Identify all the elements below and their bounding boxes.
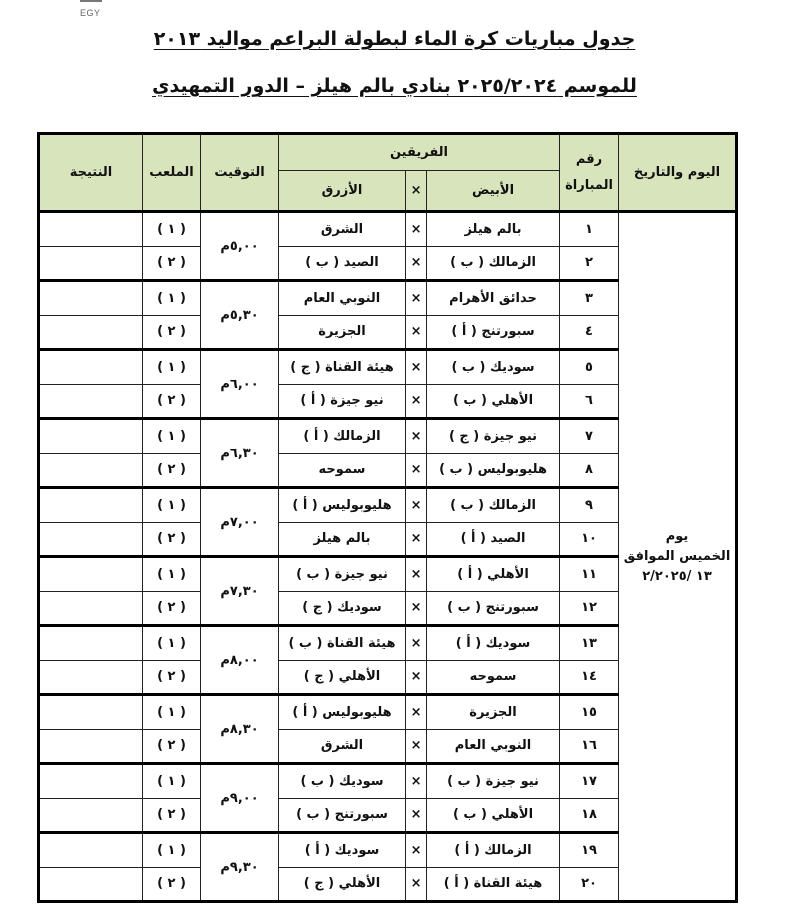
result-cell bbox=[39, 557, 143, 592]
vs-mark: × bbox=[406, 626, 427, 661]
blue-team: الصيد ( ب ) bbox=[279, 246, 406, 281]
egy-logo: EGY bbox=[80, 8, 101, 18]
field-number: ( ٢ ) bbox=[143, 315, 201, 350]
result-cell bbox=[39, 384, 143, 419]
vs-mark: × bbox=[406, 764, 427, 799]
field-number: ( ٢ ) bbox=[143, 798, 201, 833]
match-number: ١٨ bbox=[560, 798, 619, 833]
match-number: ٥ bbox=[560, 350, 619, 385]
result-cell bbox=[39, 729, 143, 764]
blue-team: نيو جيزة ( ب ) bbox=[279, 557, 406, 592]
field-number: ( ٢ ) bbox=[143, 867, 201, 902]
match-number: ٣ bbox=[560, 281, 619, 316]
result-cell bbox=[39, 695, 143, 730]
page-title: جدول مباريات كرة الماء لبطولة البراعم مو… bbox=[0, 28, 789, 50]
white-team: سبورتنج ( ب ) bbox=[427, 591, 560, 626]
white-team: سوديك ( ب ) bbox=[427, 350, 560, 385]
white-team: النوبي العام bbox=[427, 729, 560, 764]
vs-mark: × bbox=[406, 453, 427, 488]
field-number: ( ٢ ) bbox=[143, 453, 201, 488]
date-line2: الخميس الموافق bbox=[619, 547, 735, 567]
match-time: ٦,٠٠م bbox=[201, 350, 279, 419]
blue-team: سوديك ( أ ) bbox=[279, 833, 406, 868]
field-number: ( ١ ) bbox=[143, 626, 201, 661]
header-time: التوقيت bbox=[201, 134, 279, 212]
result-cell bbox=[39, 212, 143, 247]
header-result: النتيجة bbox=[39, 134, 143, 212]
field-number: ( ١ ) bbox=[143, 212, 201, 247]
vs-mark: × bbox=[406, 660, 427, 695]
field-number: ( ١ ) bbox=[143, 764, 201, 799]
field-number: ( ٢ ) bbox=[143, 522, 201, 557]
match-number: ١٧ bbox=[560, 764, 619, 799]
match-number: ٦ bbox=[560, 384, 619, 419]
blue-team: سوديك ( ج ) bbox=[279, 591, 406, 626]
result-cell bbox=[39, 591, 143, 626]
page-subtitle: للموسم ٢٠٢٥/٢٠٢٤ بنادي بالم هيلز – الدور… bbox=[0, 75, 789, 97]
match-number: ١٥ bbox=[560, 695, 619, 730]
field-number: ( ٢ ) bbox=[143, 660, 201, 695]
date-line1: يوم bbox=[619, 527, 735, 547]
vs-mark: × bbox=[406, 419, 427, 454]
match-number: ٢ bbox=[560, 246, 619, 281]
white-team: هيئة القناة ( أ ) bbox=[427, 867, 560, 902]
field-number: ( ١ ) bbox=[143, 281, 201, 316]
schedule-body: يومالخميس الموافق١٣ /٢/٢٠٢٥١بالم هيلز×ال… bbox=[39, 212, 737, 902]
blue-team: الزمالك ( أ ) bbox=[279, 419, 406, 454]
blue-team: الأهلي ( ج ) bbox=[279, 660, 406, 695]
date-cell: يومالخميس الموافق١٣ /٢/٢٠٢٥ bbox=[619, 212, 737, 902]
header-match-no: رقم المباراة bbox=[560, 134, 619, 212]
header-blue: الأزرق bbox=[279, 171, 406, 212]
blue-team: سموحه bbox=[279, 453, 406, 488]
logo-bar bbox=[80, 0, 102, 2]
white-team: الأهلي ( ب ) bbox=[427, 384, 560, 419]
blue-team: الجزيرة bbox=[279, 315, 406, 350]
white-team: الأهلي ( أ ) bbox=[427, 557, 560, 592]
result-cell bbox=[39, 281, 143, 316]
match-number: ٢٠ bbox=[560, 867, 619, 902]
vs-mark: × bbox=[406, 350, 427, 385]
result-cell bbox=[39, 246, 143, 281]
result-cell bbox=[39, 867, 143, 902]
match-number: ٧ bbox=[560, 419, 619, 454]
blue-team: بالم هيلز bbox=[279, 522, 406, 557]
blue-team: هليوبوليس ( أ ) bbox=[279, 695, 406, 730]
result-cell bbox=[39, 453, 143, 488]
match-number: ١٣ bbox=[560, 626, 619, 661]
field-number: ( ٢ ) bbox=[143, 384, 201, 419]
match-time: ٩,٠٠م bbox=[201, 764, 279, 833]
vs-mark: × bbox=[406, 557, 427, 592]
result-cell bbox=[39, 798, 143, 833]
blue-team: هليوبوليس ( أ ) bbox=[279, 488, 406, 523]
vs-mark: × bbox=[406, 281, 427, 316]
match-time: ٥,٣٠م bbox=[201, 281, 279, 350]
field-number: ( ١ ) bbox=[143, 419, 201, 454]
vs-mark: × bbox=[406, 695, 427, 730]
match-time: ٧,٣٠م bbox=[201, 557, 279, 626]
field-number: ( ١ ) bbox=[143, 833, 201, 868]
blue-team: سوديك ( ب ) bbox=[279, 764, 406, 799]
header-date: اليوم والتاريخ bbox=[619, 134, 737, 212]
white-team: نيو جيزة ( ج ) bbox=[427, 419, 560, 454]
match-number: ١١ bbox=[560, 557, 619, 592]
match-number: ٤ bbox=[560, 315, 619, 350]
blue-team: هيئة القناة ( ج ) bbox=[279, 350, 406, 385]
header-white: الأبيض bbox=[427, 171, 560, 212]
field-number: ( ١ ) bbox=[143, 557, 201, 592]
header-vs: × bbox=[406, 171, 427, 212]
vs-mark: × bbox=[406, 833, 427, 868]
vs-mark: × bbox=[406, 384, 427, 419]
result-cell bbox=[39, 764, 143, 799]
match-time: ٦,٣٠م bbox=[201, 419, 279, 488]
header-match-no-label: رقم المباراة bbox=[565, 152, 613, 193]
blue-team: الأهلي ( ج ) bbox=[279, 867, 406, 902]
vs-mark: × bbox=[406, 212, 427, 247]
match-number: ٩ bbox=[560, 488, 619, 523]
white-team: هليوبوليس ( ب ) bbox=[427, 453, 560, 488]
white-team: بالم هيلز bbox=[427, 212, 560, 247]
white-team: الزمالك ( أ ) bbox=[427, 833, 560, 868]
field-number: ( ١ ) bbox=[143, 695, 201, 730]
blue-team: هيئة القناة ( ب ) bbox=[279, 626, 406, 661]
result-cell bbox=[39, 833, 143, 868]
match-number: ١٦ bbox=[560, 729, 619, 764]
field-number: ( ٢ ) bbox=[143, 729, 201, 764]
match-time: ٩,٣٠م bbox=[201, 833, 279, 902]
white-team: حدائق الأهرام bbox=[427, 281, 560, 316]
result-cell bbox=[39, 315, 143, 350]
header-teams: الفريقين bbox=[279, 134, 560, 171]
vs-mark: × bbox=[406, 246, 427, 281]
result-cell bbox=[39, 660, 143, 695]
blue-team: النوبي العام bbox=[279, 281, 406, 316]
match-number: ١٠ bbox=[560, 522, 619, 557]
blue-team: الشرق bbox=[279, 212, 406, 247]
blue-team: نيو جيزة ( أ ) bbox=[279, 384, 406, 419]
match-number: ١٢ bbox=[560, 591, 619, 626]
field-number: ( ١ ) bbox=[143, 350, 201, 385]
match-number: ١٩ bbox=[560, 833, 619, 868]
blue-team: سبورتنج ( ب ) bbox=[279, 798, 406, 833]
white-team: سوديك ( أ ) bbox=[427, 626, 560, 661]
vs-mark: × bbox=[406, 798, 427, 833]
result-cell bbox=[39, 626, 143, 661]
match-number: ٨ bbox=[560, 453, 619, 488]
field-number: ( ١ ) bbox=[143, 488, 201, 523]
blue-team: الشرق bbox=[279, 729, 406, 764]
vs-mark: × bbox=[406, 488, 427, 523]
result-cell bbox=[39, 488, 143, 523]
vs-mark: × bbox=[406, 591, 427, 626]
schedule-table: اليوم والتاريخ رقم المباراة الفريقين الت… bbox=[37, 132, 738, 903]
white-team: الزمالك ( ب ) bbox=[427, 488, 560, 523]
result-cell bbox=[39, 522, 143, 557]
white-team: الزمالك ( ب ) bbox=[427, 246, 560, 281]
match-time: ٥,٠٠م bbox=[201, 212, 279, 281]
date-line3: ١٣ /٢/٢٠٢٥ bbox=[619, 567, 735, 587]
white-team: سموحه bbox=[427, 660, 560, 695]
white-team: سبورتنج ( أ ) bbox=[427, 315, 560, 350]
vs-mark: × bbox=[406, 522, 427, 557]
match-time: ٨,٠٠م bbox=[201, 626, 279, 695]
result-cell bbox=[39, 350, 143, 385]
table-row: يومالخميس الموافق١٣ /٢/٢٠٢٥١بالم هيلز×ال… bbox=[39, 212, 737, 247]
match-time: ٧,٠٠م bbox=[201, 488, 279, 557]
match-number: ١ bbox=[560, 212, 619, 247]
white-team: الصيد ( أ ) bbox=[427, 522, 560, 557]
white-team: الجزيرة bbox=[427, 695, 560, 730]
field-number: ( ٢ ) bbox=[143, 591, 201, 626]
white-team: نيو جيزة ( ب ) bbox=[427, 764, 560, 799]
match-number: ١٤ bbox=[560, 660, 619, 695]
header-field: الملعب bbox=[143, 134, 201, 212]
vs-mark: × bbox=[406, 867, 427, 902]
field-number: ( ٢ ) bbox=[143, 246, 201, 281]
white-team: الأهلي ( ب ) bbox=[427, 798, 560, 833]
vs-mark: × bbox=[406, 729, 427, 764]
match-time: ٨,٣٠م bbox=[201, 695, 279, 764]
result-cell bbox=[39, 419, 143, 454]
vs-mark: × bbox=[406, 315, 427, 350]
